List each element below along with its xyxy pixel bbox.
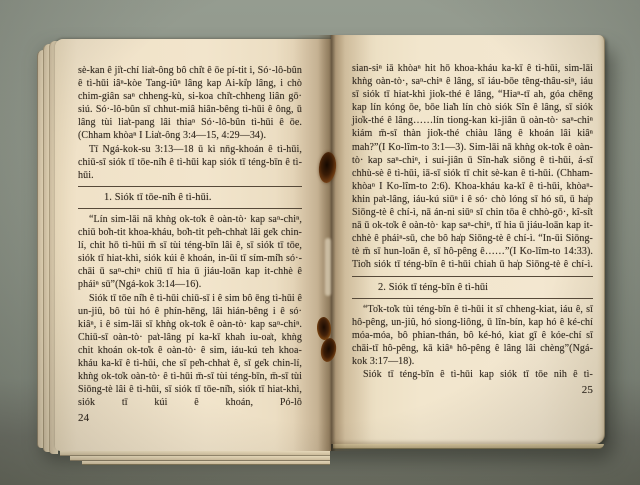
page-edge-stack-bottom: [82, 461, 330, 465]
paragraph: Tī Ngá-kok-su 3:13—18 ū kì nn̄g-khoán ê …: [78, 143, 302, 182]
gutter-paper-chip: [325, 238, 331, 296]
right-page-text: sian-siⁿ iā khòaⁿ hit hō khoa-kháu ka-kī…: [352, 62, 593, 397]
paragraph-continued: sè-kan ê ji̍t-chí lia̍t-ông bô chi̍t ê ō…: [78, 64, 302, 143]
paragraph-continued: sian-siⁿ iā khòaⁿ hit hō khoa-kháu ka-kī…: [352, 62, 593, 272]
page-number-right: 25: [352, 384, 593, 397]
page-number-left: 24: [78, 412, 302, 425]
paragraph: Siók tī téng-bīn ê tì-hūi kap siók tī tō…: [352, 368, 593, 381]
section-heading-1-text: 1. Siók tī tōe-ni̍h ê tì-hūi.: [78, 191, 302, 204]
paragraph: Siók tī tōe ni̍h ê tì-hūi chiū-sī i ê si…: [78, 292, 302, 410]
book-photo: sè-kan ê ji̍t-chí lia̍t-ông bô chi̍t ê ō…: [0, 0, 640, 485]
section-heading-2-text: 2. Siók tī téng-bīn ê tì-hūi: [352, 281, 593, 294]
left-page-text: sè-kan ê ji̍t-chí lia̍t-ông bô chi̍t ê ō…: [78, 64, 302, 425]
paragraph-quote: “To̍k-to̍k tùi téng-bīn ê tì-hūi it sī c…: [352, 303, 593, 368]
section-heading-1: 1. Siók tī tōe-ni̍h ê tì-hūi.: [78, 186, 302, 209]
paragraph-quote: “Lín sim-lāi nā khǹg ok-to̍k ê oàn-tò· k…: [78, 213, 302, 292]
section-heading-2: 2. Siók tī téng-bīn ê tì-hūi: [352, 276, 593, 299]
right-page-bottom-edge: [333, 444, 604, 449]
